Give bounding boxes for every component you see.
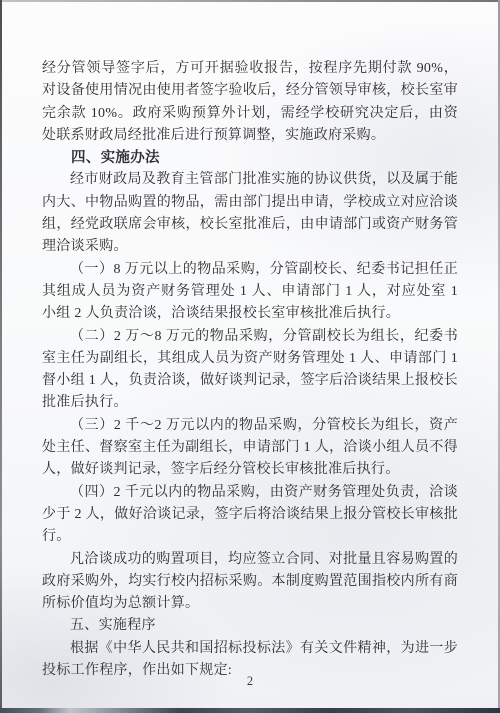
- text-line: 政府采购外，均实行校内招标采购。本制度购置范围指校内所有商品购置，: [42, 571, 458, 593]
- text-line: （一）8 万元以上的物品采购，分管副校长、纪委书记担任正副组长，: [42, 259, 458, 281]
- text-line: （四）2 千元以内的物品采购，由资产财务管理处负责，洽谈人员不得: [42, 482, 458, 504]
- text-line: 根据《中华人民共和国招标投标法》有关文件精神，为进一步规范招: [42, 638, 458, 660]
- text-line: 处联系财政局经批准后进行预算调整，实施政府采购。: [42, 125, 458, 147]
- text-line: 理洽谈采购。: [42, 236, 458, 258]
- text-line: 行。: [42, 526, 458, 548]
- text-line: 督小组 1 人，负责洽谈，做好谈判记录，签字后洽谈结果上报校长室审核: [42, 370, 458, 392]
- text-line: 批准后执行。: [42, 392, 458, 414]
- section-heading: 五、实施程序: [42, 615, 458, 637]
- text-block: 经分管领导签字后，方可开据验收报告，按程序先期付款 90%，余款一年后对设备使用…: [42, 58, 458, 682]
- text-line: （三）2 千～2 万元以内的物品采购，分管校长为组长，资产财务管理: [42, 415, 458, 437]
- text-line: 其组成人员为资产财务管理处 1 人、申请部门 1 人，对应处室 1 人，监督: [42, 281, 458, 303]
- section-heading: 四、实施办法: [42, 147, 458, 169]
- text-line: 少于 2 人，做好洽谈记录，签字后将洽谈结果上报分管校长审核批准后执: [42, 504, 458, 526]
- text-line: 经市财政局及教育主管部门批准实施的协议供货，以及属于能进行校: [42, 169, 458, 191]
- text-line: 室主任为副组长，其组成人员为资产财务管理处 1 人、申请部门 1 人、监: [42, 348, 458, 370]
- text-line: 对设备使用情况由使用者签字验收后，经分管领导审核，校长室审批，付: [42, 80, 458, 102]
- text-line: 小组 2 人负责洽谈，洽谈结果报校长室审核批准后执行。: [42, 303, 458, 325]
- text-line: 内大、中物品购置的物品，需由部门提出申请，学校成立对应洽谈评议小: [42, 192, 458, 214]
- text-line: 组，经党政联席会审核，校长室批准后，由申请部门或资产财务管理处办: [42, 214, 458, 236]
- scan-edge-top: [0, 0, 500, 2]
- scan-edge-bottom: [0, 708, 500, 713]
- text-line: 完余款 10%。政府采购预算外计划，需经学校研究决定后，由资产财务管理: [42, 103, 458, 125]
- text-line: 所标价值均为总额计算。: [42, 593, 458, 615]
- text-line: （二）2 万～8 万元的物品采购，分管副校长为组长，纪委书记或督察: [42, 326, 458, 348]
- text-line: 经分管领导签字后，方可开据验收报告，按程序先期付款 90%，余款一年后: [42, 58, 458, 80]
- scan-edge-left: [0, 0, 2, 713]
- text-line: 处主任、督察室主任为副组长，申请部门 1 人，洽谈小组人员不得少于 3: [42, 437, 458, 459]
- document-page: 经分管领导签字后，方可开据验收报告，按程序先期付款 90%，余款一年后对设备使用…: [0, 0, 500, 713]
- text-line: 人，做好谈判记录，签字后经分管校长审核批准后执行。: [42, 459, 458, 481]
- page-number: 2: [0, 674, 500, 689]
- text-line: 凡洽谈成功的购置项目，均应签立合同、对批量且容易购置的商品除: [42, 549, 458, 571]
